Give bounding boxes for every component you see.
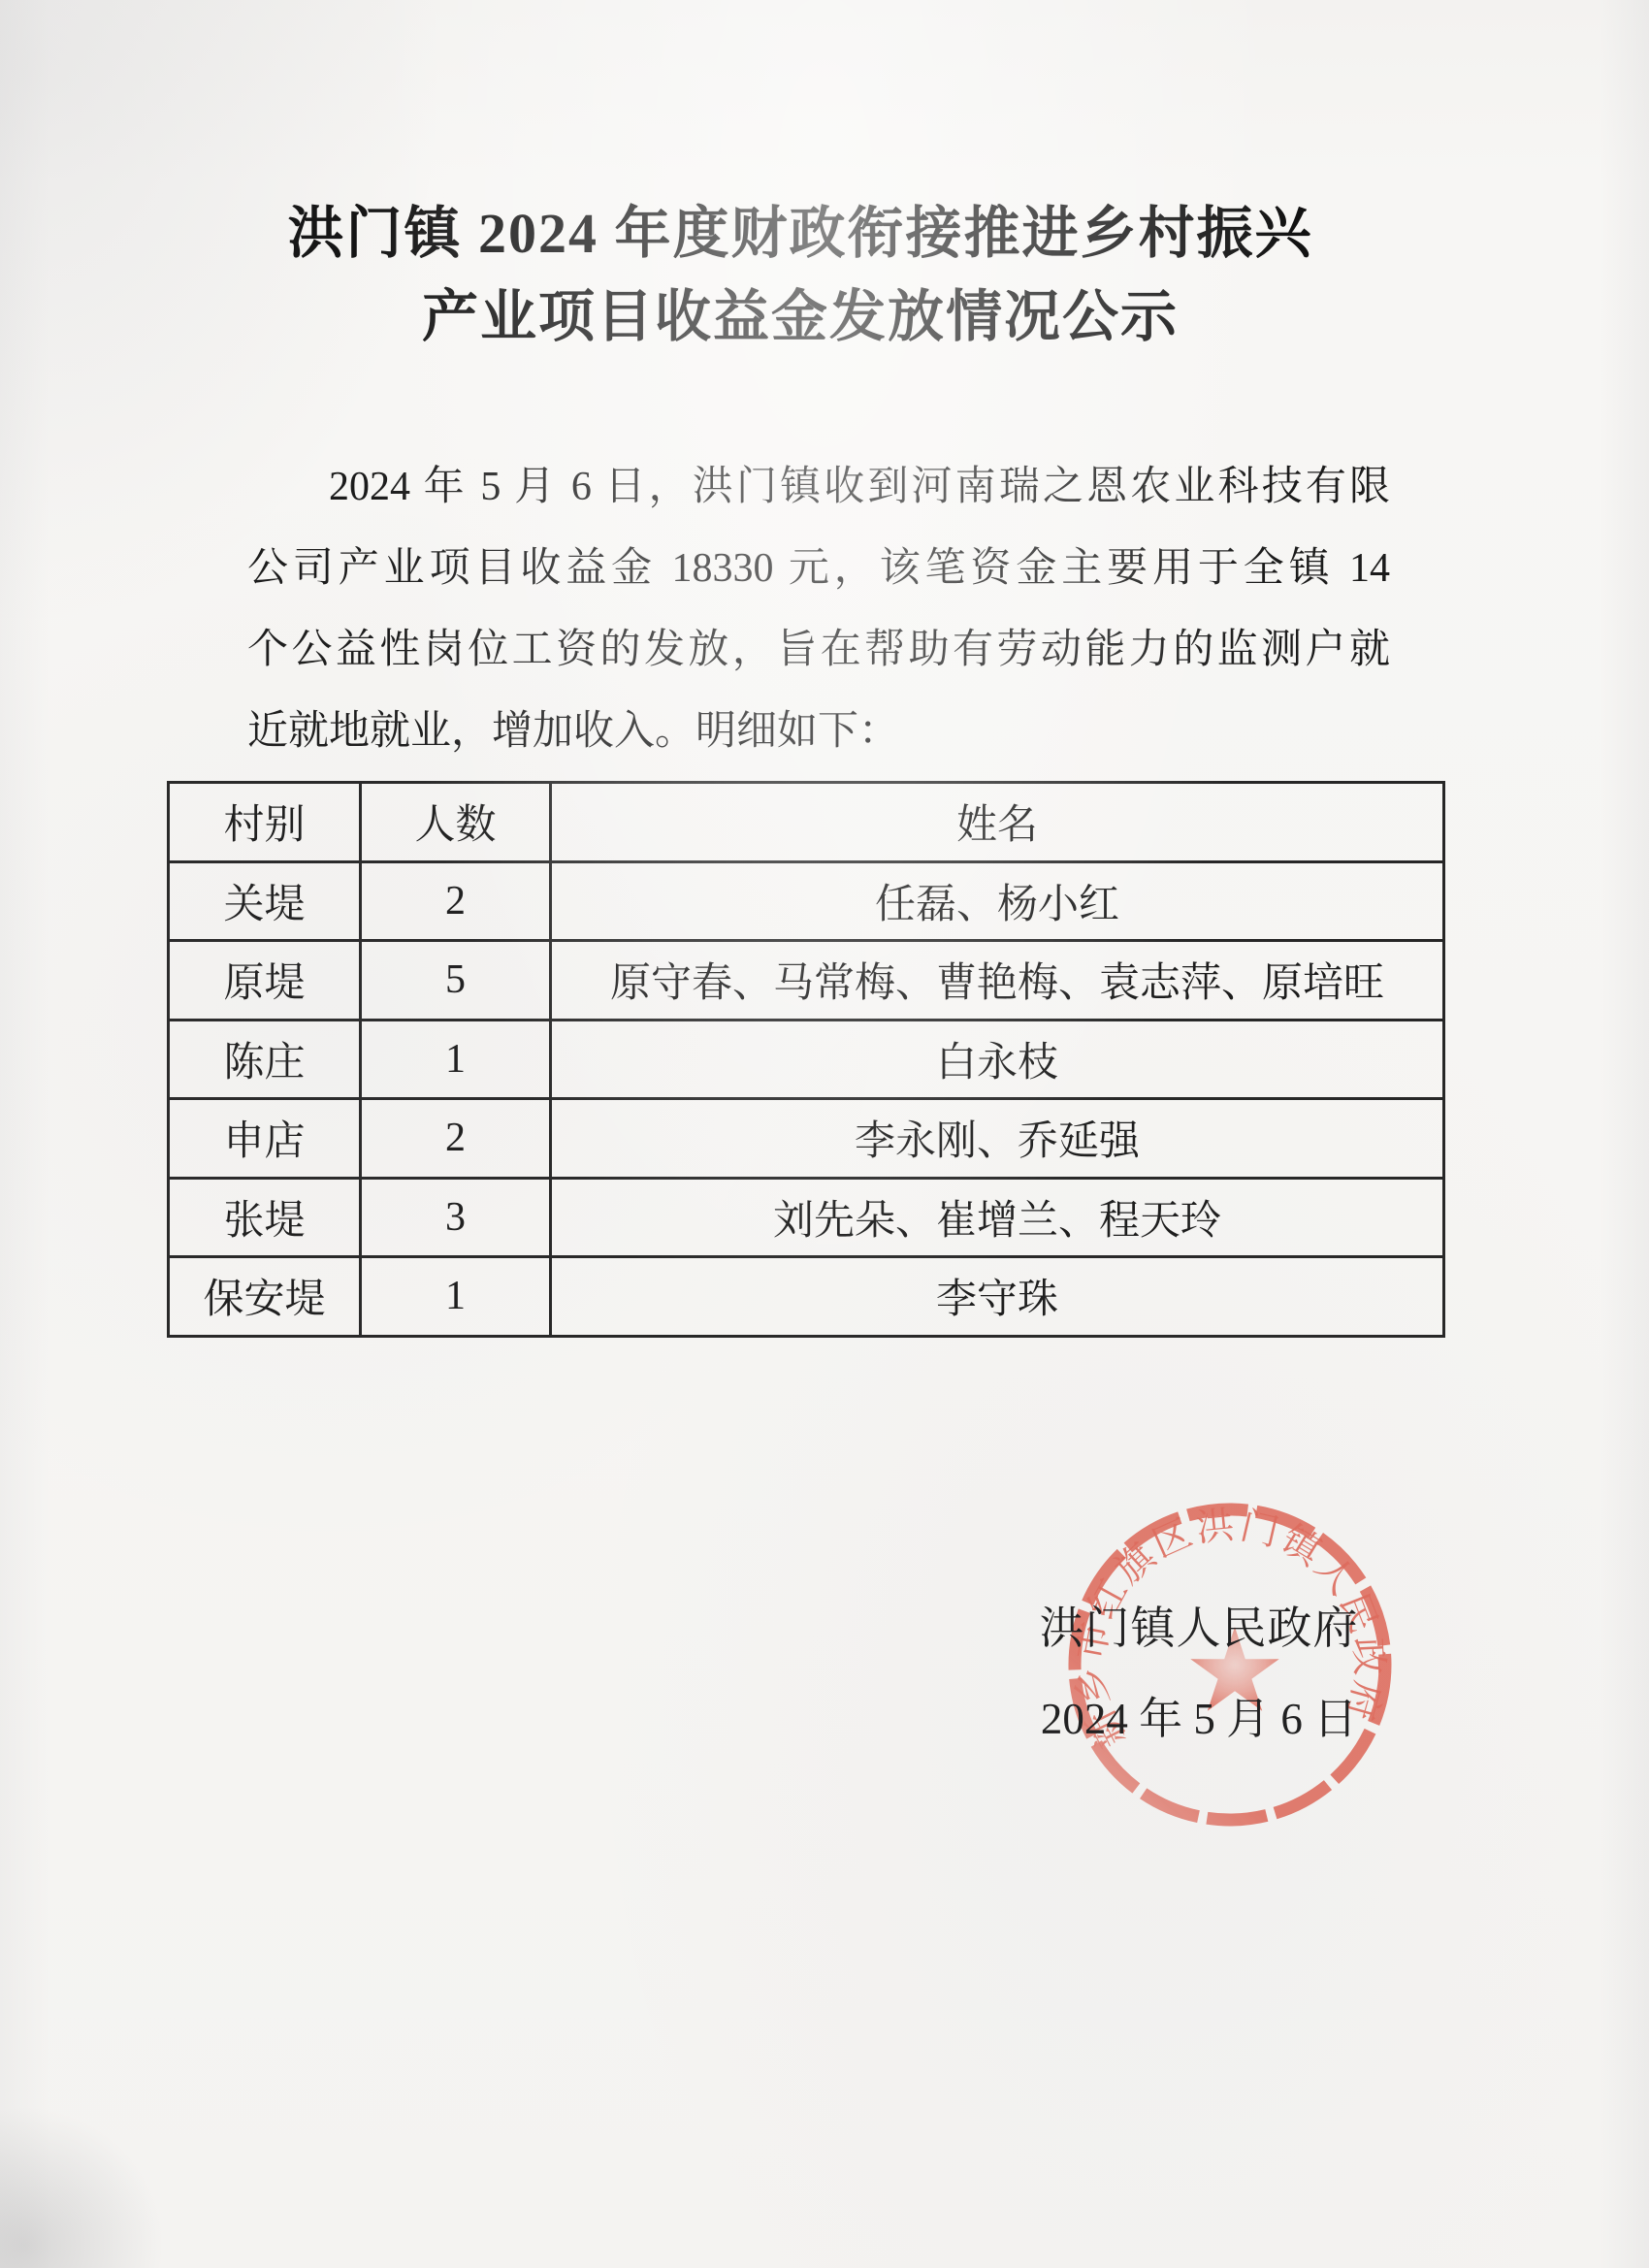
table-row: 关堤 2 任磊、杨小红 [169,861,1444,941]
document-title: 洪门镇 2024 年度财政衔接推进乡村振兴 产业项目收益金发放情况公示 [0,192,1600,359]
table-row: 原堤 5 原守春、马常梅、曹艳梅、袁志萍、原培旺 [169,941,1444,1021]
document-title-line2: 产业项目收益金发放情况公示 [0,275,1600,359]
table-header-row: 村别 人数 姓名 [169,783,1444,862]
cell-count: 1 [361,1257,551,1337]
roster-table: 村别 人数 姓名 关堤 2 任磊、杨小红 原堤 5 原守春、马常梅、曹艳梅、袁志… [167,781,1445,1338]
table-row: 申店 2 李永刚、乔延强 [169,1099,1444,1179]
table-row: 张堤 3 刘先朵、崔增兰、程天玲 [169,1178,1444,1257]
body-paragraph: 2024 年 5 月 6 日，洪门镇收到河南瑞之恩农业科技有限 公司产业项目收益… [247,446,1390,772]
body-line: 个公益性岗位工资的发放，旨在帮助有劳动能力的监测户就 [247,609,1390,691]
cell-count: 2 [361,861,551,941]
column-header-count: 人数 [361,783,551,862]
scanned-announcement-page: 洪门镇 2024 年度财政衔接推进乡村振兴 产业项目收益金发放情况公示 2024… [0,0,1649,2268]
cell-names: 李守珠 [551,1257,1444,1337]
body-line: 公司产业项目收益金 18330 元，该笔资金主要用于全镇 14 [247,528,1390,609]
cell-count: 5 [361,941,551,1021]
cell-names: 白永枝 [551,1020,1444,1099]
cell-count: 2 [361,1099,551,1179]
cell-count: 3 [361,1178,551,1257]
issuer-name: 洪门镇人民政府 [989,1601,1408,1657]
body-line: 近就地就业，增加收入。明细如下： [247,691,1390,772]
cell-village: 保安堤 [169,1257,361,1337]
cell-village: 张堤 [169,1178,361,1257]
column-header-names: 姓名 [551,783,1444,862]
cell-names: 李永刚、乔延强 [551,1099,1444,1179]
table-row: 陈庄 1 白永枝 [169,1020,1444,1099]
table-row: 保安堤 1 李守珠 [169,1257,1444,1337]
cell-village: 申店 [169,1099,361,1179]
body-line: 2024 年 5 月 6 日，洪门镇收到河南瑞之恩农业科技有限 [247,446,1390,528]
issue-date: 2024 年 5 月 6 日 [989,1692,1408,1746]
cell-names: 任磊、杨小红 [551,861,1444,941]
cell-village: 陈庄 [169,1020,361,1099]
cell-names: 刘先朵、崔增兰、程天玲 [551,1178,1444,1257]
cell-names: 原守春、马常梅、曹艳梅、袁志萍、原培旺 [551,941,1444,1021]
cell-village: 原堤 [169,941,361,1021]
document-title-line1: 洪门镇 2024 年度财政衔接推进乡村振兴 [0,192,1600,275]
cell-count: 1 [361,1020,551,1099]
column-header-village: 村别 [169,783,361,862]
cell-village: 关堤 [169,861,361,941]
signature-block: 洪门镇人民政府 2024 年 5 月 6 日 [989,1601,1408,1746]
